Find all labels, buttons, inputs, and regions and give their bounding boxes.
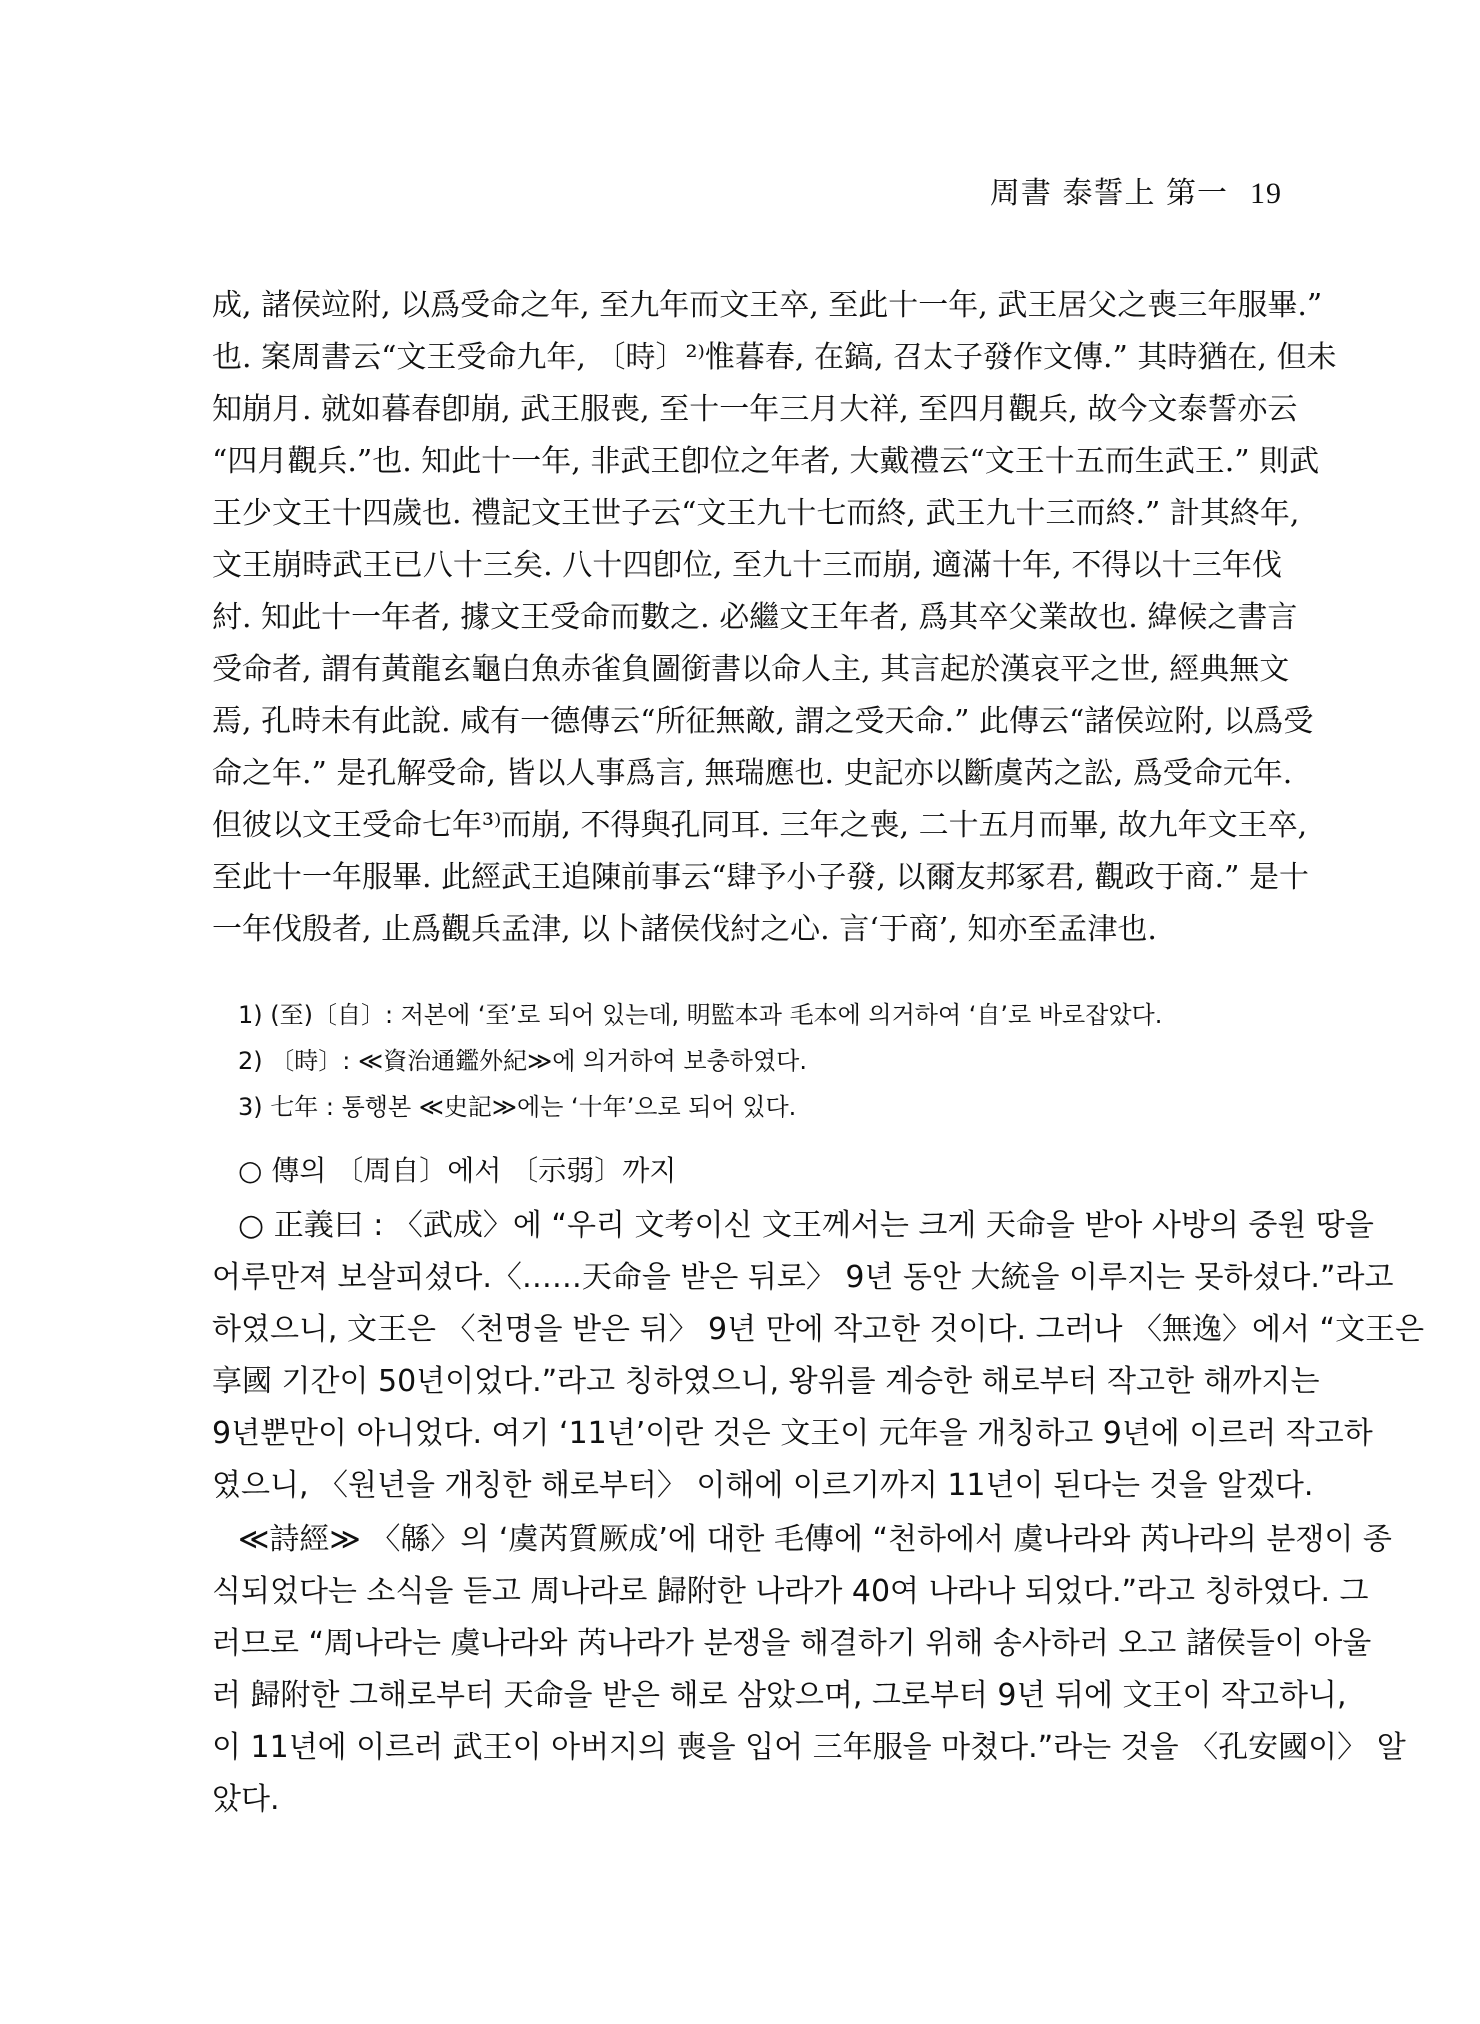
footnote-3: 3) 七年 : 통행본 ≪史記≫에는 ‘十年’으로 되어 있다. [238,1090,796,1124]
translation-line: 9년뿐만이 아니었다. 여기 ‘11년’이란 것은 文王이 元年을 개칭하고 9… [212,1414,1282,1454]
header-title: 周書 泰誓上 第一 [990,176,1228,211]
body-line: 文王崩時武王已八十三矣. 八十四卽位, 至九十三而崩, 適滿十年, 不得以十三年… [212,546,1282,586]
body-line: 但彼以文王受命七年³⁾而崩, 不得與孔同耳. 三年之喪, 二十五月而畢, 故九年… [212,806,1282,846]
translation-line: 하였으니, 文王은 〈천명을 받은 뒤〉 9년 만에 작고한 것이다. 그러나 … [212,1310,1282,1350]
body-line: 焉, 孔時未有此說. 咸有一德傳云“所征無敵, 謂之受天命.” 此傳云“諸侯竝附… [212,702,1282,742]
translation-line: 러 歸附한 그해로부터 天命을 받은 해로 삼았으며, 그로부터 9년 뒤에 文… [212,1676,1282,1716]
body-line: 命之年.” 是孔解受命, 皆以人事爲言, 無瑞應也. 史記亦以斷虞芮之訟, 爲受… [212,754,1282,794]
body-line: “四月觀兵.”也. 知此十一年, 非武王卽位之年者, 大戴禮云“文王十五而生武王… [212,442,1282,482]
body-line: 王少文王十四歲也. 禮記文王世子云“文王九十七而終, 武王九十三而終.” 計其終… [212,494,1282,534]
running-header: 周書 泰誓上 第一19 [990,168,1282,212]
page-number: 19 [1250,177,1282,210]
translation-line: ○ 正義曰 : 〈武成〉에 “우리 文考이신 文王께서는 크게 天命을 받아 사… [238,1206,1282,1246]
translation-line: 러므로 “周나라는 虞나라와 芮나라가 분쟁을 해결하기 위해 송사하러 오고 … [212,1624,1282,1664]
translation-line: 식되었다는 소식을 듣고 周나라로 歸附한 나라가 40여 나라나 되었다.”라… [212,1572,1282,1612]
translation-line: ≪詩經≫ 〈緜〉의 ‘虞芮質厥成’에 대한 毛傳에 “천하에서 虞나라와 芮나라… [238,1520,1282,1560]
footnote-2: 2) 〔時〕: ≪資治通鑑外紀≫에 의거하여 보충하였다. [238,1044,807,1078]
translation-line: 享國 기간이 50년이었다.”라고 칭하였으니, 왕위를 계승한 해로부터 작고… [212,1362,1282,1402]
body-line: 知崩月. 就如暮春卽崩, 武王服喪, 至十一年三月大祥, 至四月觀兵, 故今文泰… [212,390,1282,430]
body-line: 成, 諸侯竝附, 以爲受命之年, 至九年而文王卒, 至此十一年, 武王居父之喪三… [212,286,1282,326]
translation-line: 이 11년에 이르러 武王이 아버지의 喪을 입어 三年服을 마쳤다.”라는 것… [212,1728,1282,1768]
translation-line: 였으니, 〈원년을 개칭한 해로부터〉 이해에 이르기까지 11년이 된다는 것… [212,1466,1282,1506]
body-line: 一年伐殷者, 止爲觀兵孟津, 以卜諸侯伐紂之心. 言‘于商’, 知亦至孟津也. [212,910,1282,950]
translation-line: 았다. [212,1780,1282,1820]
translation-line: 어루만져 보살피셨다.〈……天命을 받은 뒤로〉 9년 동안 大統을 이루지는 … [212,1258,1282,1298]
body-line: 至此十一年服畢. 此經武王追陳前事云“肆予小子發, 以爾友邦冢君, 觀政于商.”… [212,858,1282,898]
body-line: 紂. 知此十一年者, 據文王受命而數之. 必繼文王年者, 爲其卒父業故也. 緯候… [212,598,1282,638]
body-line: 受命者, 謂有黃龍玄龜白魚赤雀負圖銜書以命人主, 其言起於漢哀平之世, 經典無文 [212,650,1282,690]
body-line: 也. 案周書云“文王受命九年, 〔時〕²⁾惟暮春, 在鎬, 召太子發作文傳.” … [212,338,1282,378]
section-heading: ○ 傳의 〔周自〕에서 〔示弱〕까지 [238,1152,676,1190]
footnote-1: 1) (至)〔自〕: 저본에 ‘至’로 되어 있는데, 明監本과 毛本에 의거하… [238,998,1162,1032]
